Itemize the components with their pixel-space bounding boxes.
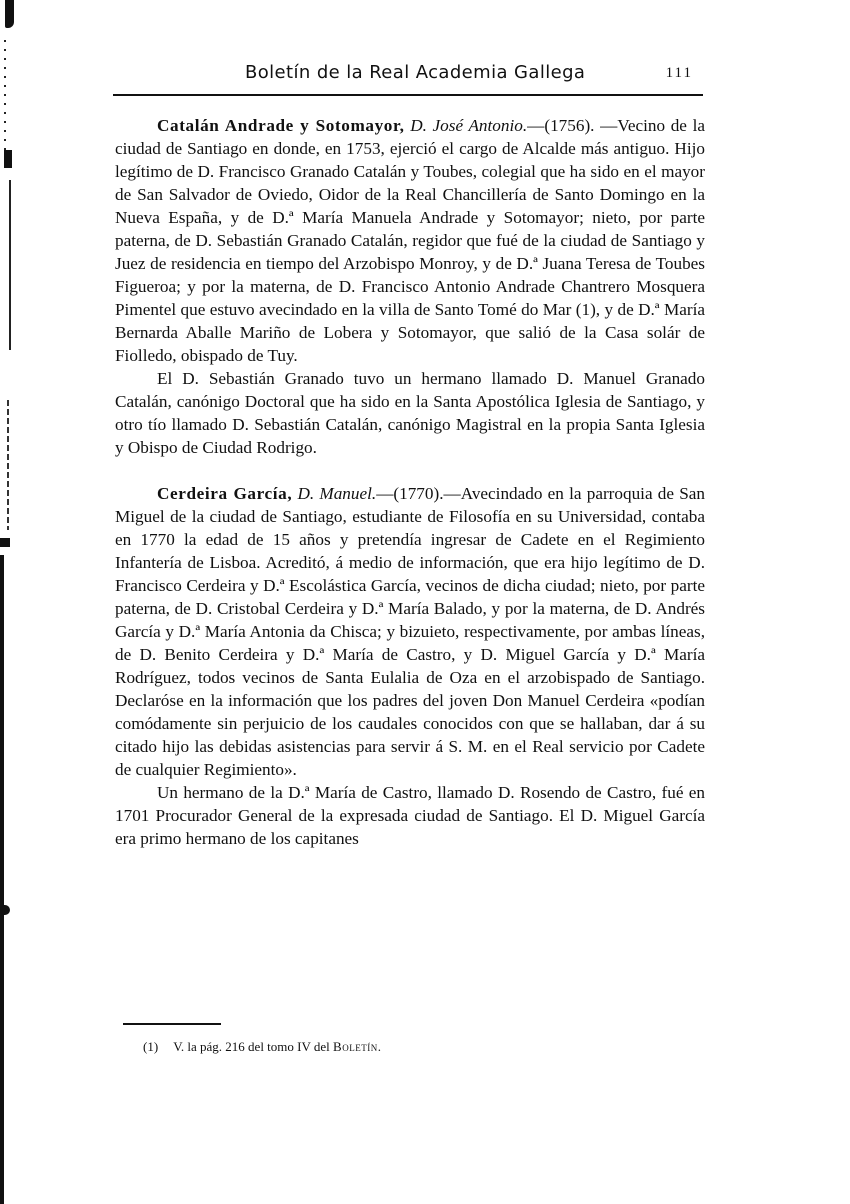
entry-lead-paragraph: Catalán Andrade y Sotomayor, D. José Ant… [115, 114, 705, 367]
document-page: Boletín de la Real Academia Gallega 111 … [115, 60, 705, 88]
footnote-marker: (1) [143, 1039, 158, 1054]
edge-mark [9, 180, 11, 350]
footnotes: (1) V. la pág. 216 del tomo IV del Bolet… [115, 1023, 705, 1055]
running-head: Boletín de la Real Academia Gallega 111 [115, 60, 705, 88]
entry-paragraph: Un hermano de la D.ª María de Castro, ll… [115, 781, 705, 850]
footnote-rule [123, 1023, 221, 1025]
entry-lead-paragraph: Cerdeira García, D. Manuel.—(1770).—Avec… [115, 482, 705, 781]
footnote: (1) V. la pág. 216 del tomo IV del Bolet… [143, 1039, 705, 1055]
entry-given-name: D. Manuel. [297, 484, 376, 503]
entry-given-name: D. José Antonio. [410, 116, 527, 135]
edge-mark [0, 555, 4, 1204]
entry-text: —(1756). —Vecino de la ciudad de Santiag… [115, 116, 705, 365]
entry-catalan-andrade: Catalán Andrade y Sotomayor, D. José Ant… [115, 114, 705, 459]
edge-mark [5, 0, 14, 28]
running-head-title: Boletín de la Real Academia Gallega [245, 62, 585, 83]
edge-mark [4, 150, 12, 168]
entry-cerdeira-garcia: Cerdeira García, D. Manuel.—(1770).—Avec… [115, 482, 705, 850]
body-text: Catalán Andrade y Sotomayor, D. José Ant… [115, 114, 705, 850]
edge-mark [0, 538, 10, 547]
entry-surname: Catalán Andrade y Sotomayor, [157, 116, 405, 135]
scanned-page-edge [0, 0, 14, 1204]
entry-surname: Cerdeira García, [157, 484, 292, 503]
entry-paragraph: El D. Sebastián Granado tuvo un hermano … [115, 367, 705, 459]
edge-mark [0, 905, 10, 915]
edge-mark [7, 400, 9, 530]
entry-text: —(1770).—Avecindado en la parroquia de S… [115, 484, 705, 779]
footnote-text: V. la pág. 216 del tomo IV del [173, 1039, 330, 1054]
header-rule [113, 94, 703, 96]
page-number: 111 [666, 65, 693, 82]
footnote-source: Boletín. [333, 1039, 381, 1054]
